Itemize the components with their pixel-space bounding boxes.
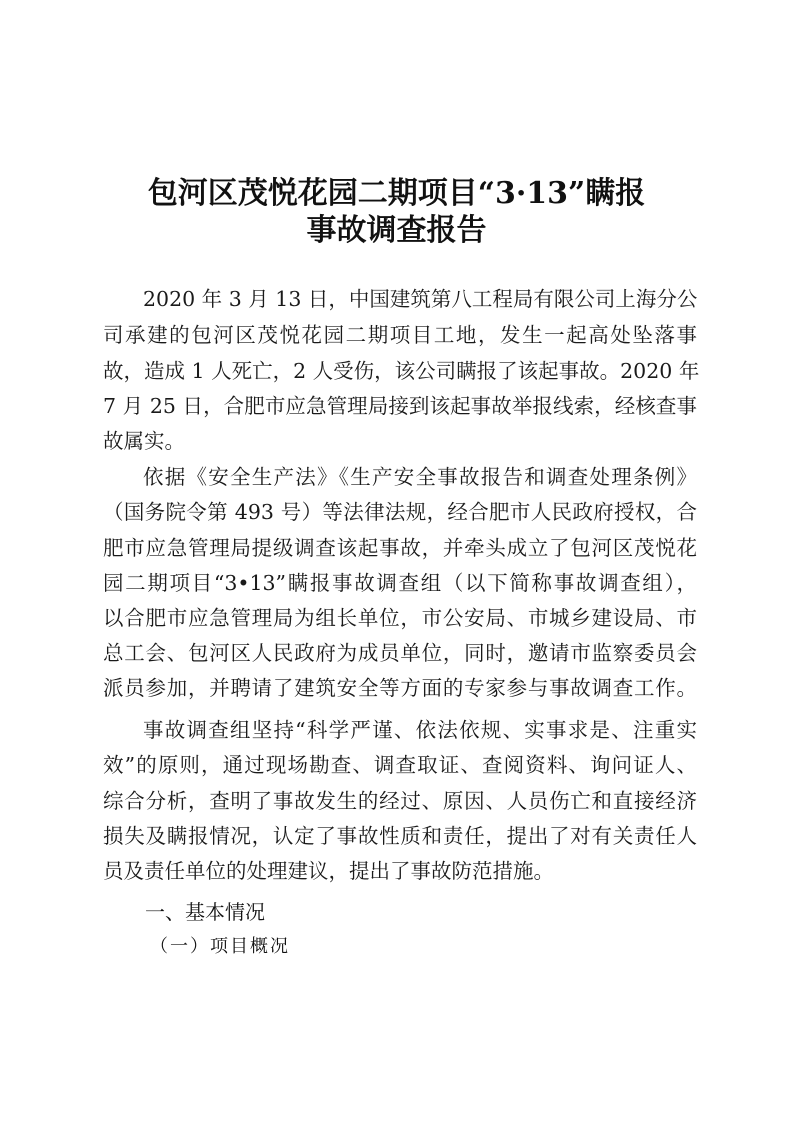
paragraph-line: 总工会、包河区人民政府为成员单位，同时，邀请市监察委员会	[103, 638, 697, 668]
subsection-heading: （一）项目概况	[150, 932, 290, 958]
paragraph-line: 派员参加，并聘请了建筑安全等方面的专家参与事故调查工作。	[103, 673, 697, 703]
document-page: 包河区茂悦花园二期项目“3·13”瞒报 事故调查报告 2020 年 3 月 13…	[0, 0, 793, 1122]
section-heading: 一、基本情况	[145, 896, 265, 925]
paragraph-line: 员及责任单位的处理建议，提出了事故防范措施。	[103, 856, 697, 886]
paragraph-line: （国务院令第 493 号）等法律法规，经合肥市人民政府授权，合	[103, 497, 697, 527]
paragraph-line: 依据《安全生产法》《生产安全事故报告和调查处理条例》	[143, 462, 697, 492]
paragraph-line: 肥市应急管理局提级调查该起事故，并牵头成立了包河区茂悦花	[103, 533, 697, 563]
paragraph-line: 以合肥市应急管理局为组长单位，市公安局、市城乡建设局、市	[103, 603, 697, 633]
document-title-line-2: 事故调查报告	[100, 205, 693, 249]
paragraph-line: 损失及瞒报情况，认定了事故性质和责任，提出了对有关责任人	[103, 821, 697, 851]
paragraph-line: 故属实。	[103, 426, 697, 456]
paragraph-line: 7 月 25 日，合肥市应急管理局接到该起事故举报线索，经核查事	[103, 391, 697, 421]
paragraph-line: 故，造成 1 人死亡，2 人受伤，该公司瞒报了该起事故。2020 年	[103, 356, 697, 386]
paragraph-line: 效”的原则，通过现场勘查、调查取证、查阅资料、询问证人、	[103, 750, 697, 780]
paragraph-line: 事故调查组坚持“科学严谨、依法依规、实事求是、注重实	[143, 715, 697, 745]
paragraph-line: 园二期项目“3•13”瞒报事故调查组（以下简称事故调查组），	[103, 568, 697, 598]
paragraph-line: 2020 年 3 月 13 日，中国建筑第八工程局有限公司上海分公	[143, 284, 697, 314]
paragraph-line: 司承建的包河区茂悦花园二期项目工地，发生一起高处坠落事	[103, 320, 697, 350]
paragraph-line: 综合分析，查明了事故发生的经过、原因、人员伤亡和直接经济	[103, 786, 697, 816]
